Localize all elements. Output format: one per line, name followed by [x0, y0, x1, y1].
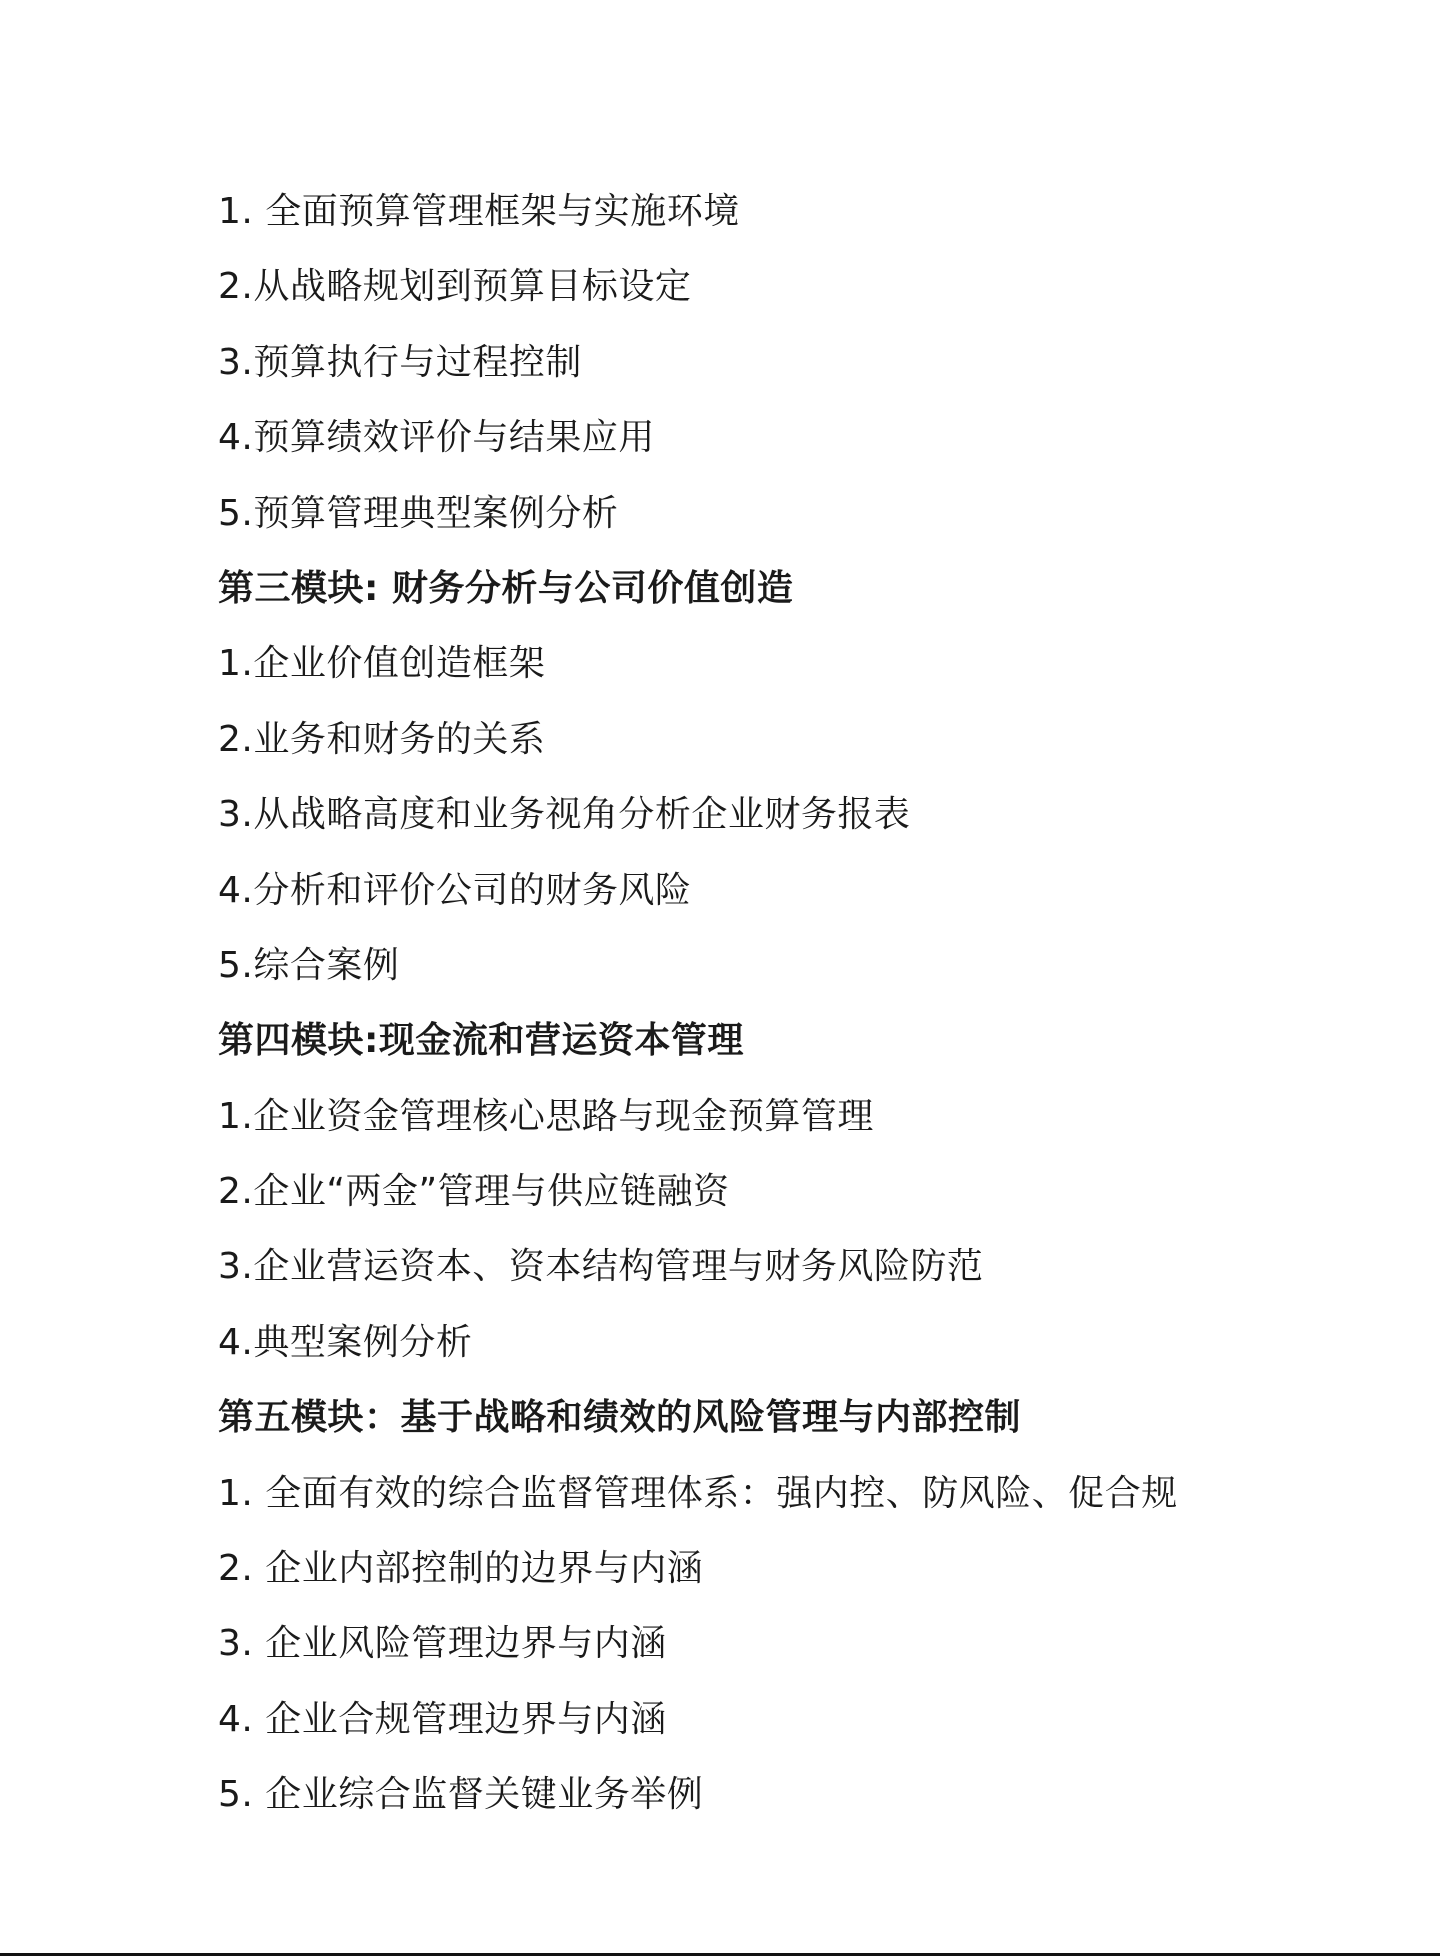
- outline-item: 4.分析和评价公司的财务风险: [218, 853, 1368, 928]
- outline-item: 4. 企业合规管理边界与内涵: [218, 1682, 1368, 1757]
- module-heading: 第三模块: 财务分析与公司价值创造: [218, 551, 1368, 626]
- outline-item: 4.预算绩效评价与结果应用: [218, 400, 1368, 475]
- outline-item: 1.企业资金管理核心思路与现金预算管理: [218, 1079, 1368, 1154]
- outline-item: 1. 全面预算管理框架与实施环境: [218, 174, 1368, 249]
- outline-item: 3. 企业风险管理边界与内涵: [218, 1606, 1368, 1681]
- outline-item: 2. 企业内部控制的边界与内涵: [218, 1531, 1368, 1606]
- outline-item: 5. 企业综合监督关键业务举例: [218, 1757, 1368, 1832]
- module-heading: 第四模块:现金流和营运资本管理: [218, 1003, 1368, 1078]
- outline-item: 2.从战略规划到预算目标设定: [218, 249, 1368, 324]
- outline-item: 5.综合案例: [218, 928, 1368, 1003]
- outline-item: 5.预算管理典型案例分析: [218, 476, 1368, 551]
- outline-item: 2.业务和财务的关系: [218, 702, 1368, 777]
- outline-item: 3.预算执行与过程控制: [218, 325, 1368, 400]
- outline-item: 1. 全面有效的综合监督管理体系：强内控、防风险、促合规: [218, 1456, 1368, 1531]
- outline-item: 3.企业营运资本、资本结构管理与财务风险防范: [218, 1229, 1368, 1304]
- module-heading: 第五模块：基于战略和绩效的风险管理与内部控制: [218, 1380, 1368, 1455]
- outline-item: 3.从战略高度和业务视角分析企业财务报表: [218, 777, 1368, 852]
- outline-item: 4.典型案例分析: [218, 1305, 1368, 1380]
- outline-item: 2.企业“两金”管理与供应链融资: [218, 1154, 1368, 1229]
- outline-item: 1.企业价值创造框架: [218, 626, 1368, 701]
- course-outline: 1. 全面预算管理框架与实施环境 2.从战略规划到预算目标设定 3.预算执行与过…: [218, 174, 1368, 1833]
